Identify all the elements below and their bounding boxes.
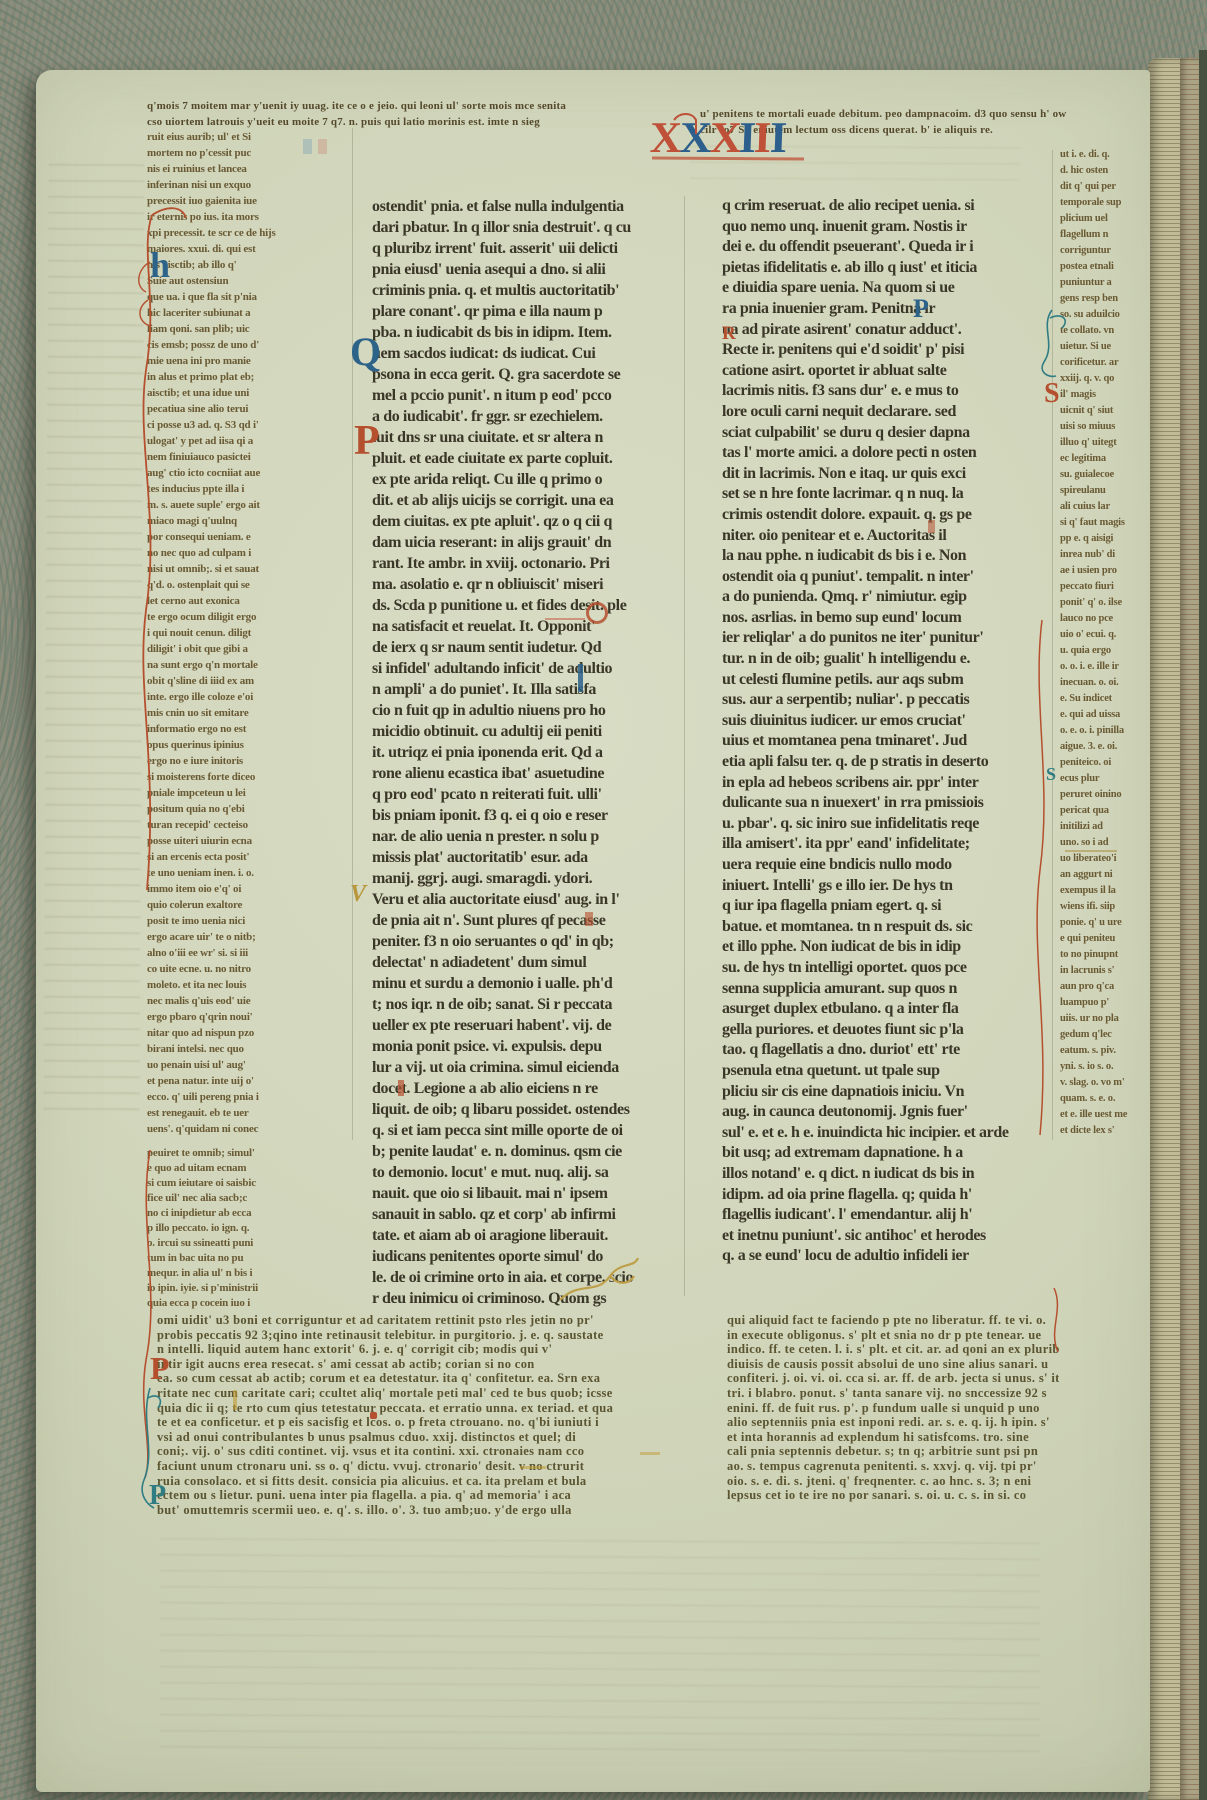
text-line: inte. ergo ille coloze e'oi: [147, 689, 325, 705]
text-line: turan recepid' cecteiso: [147, 817, 325, 833]
text-line: peruret oinino: [1060, 787, 1146, 803]
text-line: opus querinus ipinius: [147, 737, 325, 753]
text-line: luampuo p': [1060, 995, 1146, 1011]
text-line: o. e. o. i. pinilla: [1060, 723, 1146, 739]
text-line: gens resp ben: [1060, 291, 1146, 307]
text-line: la nau pphe. n iudicabit ds bis i e. Non: [722, 546, 1044, 567]
text-line: delectat' n adiadetent' dum simul: [372, 952, 676, 973]
text-line: q. a se eund' locu de adultio infideli i…: [722, 1246, 1044, 1267]
text-line: etia apli falsu ter. q. de p stratis in …: [722, 752, 1044, 773]
left-margin-gloss-continued: peuiret te omnib; simul'e quo ad uitam e…: [147, 1146, 325, 1312]
text-line: su. guialecoe: [1060, 467, 1146, 483]
text-line: o. o. i. e. ille ir: [1060, 659, 1146, 675]
text-line: v. slag. o. vo m': [1060, 1075, 1146, 1091]
text-line: dit q' qui per: [1060, 179, 1146, 195]
text-line: nitar quo ad nispun pzo: [147, 1025, 325, 1041]
ruling-line: [684, 196, 685, 1296]
text-line: ponie. q' u ure: [1060, 915, 1146, 931]
text-line: exempus il la: [1060, 883, 1146, 899]
chapter-numeral-letter: X: [709, 118, 740, 158]
text-line: to no pinupnt: [1060, 947, 1146, 963]
text-line: ulogat' y pet ad iisa qi a: [147, 433, 325, 449]
rubric-i-mark: [578, 664, 583, 692]
text-line: nauit. que oio si libauit. mai n' ipsem: [372, 1183, 676, 1204]
manuscript-photo: q'mois 7 moitem mar y'uenit iy uuag. ite…: [0, 0, 1207, 1800]
text-line: qui aliquid fact te faciendo p pte no li…: [727, 1313, 1059, 1328]
text-line: nos. asrlias. in bemo sup eund' locum: [722, 608, 1044, 629]
text-line: oio. s. e. di. s. jteni. q' freqnenter. …: [727, 1474, 1059, 1489]
text-line: corriguntur: [1060, 243, 1146, 259]
text-line: eatum. s. piv.: [1060, 1043, 1146, 1059]
leaf-stack-edge: [1180, 58, 1200, 1800]
initial-p-red-bottom: P: [150, 1352, 170, 1384]
text-line: q pluribz irrent' fuit. asserit' uii del…: [372, 238, 676, 259]
text-line: in alus et primo plat eb;: [147, 369, 325, 385]
text-line: si moisterens forte diceo: [147, 769, 325, 785]
text-line: no ci inipdietur ab ecca: [147, 1206, 325, 1221]
rubric-o-mark: [586, 602, 608, 624]
text-line: moleto. et ita nec louis: [147, 977, 325, 993]
text-line: asurget duplex etbulano. q a inter fla: [722, 999, 1044, 1020]
text-line: criminis pnia. q. et multis auctoritatib…: [372, 280, 676, 301]
text-line: birani intelsi. nec quo: [147, 1041, 325, 1057]
text-line: immo item oio e'q' oi: [147, 881, 325, 897]
text-line: so. su aduilcio: [1060, 307, 1146, 323]
text-line: let cerno aut exonica: [147, 593, 325, 609]
text-line: uno. so i ad: [1060, 835, 1146, 851]
text-line: manij. ggrj. augi. smaragdi. ydori.: [372, 868, 676, 889]
text-line: est renegauit. eb te uer: [147, 1105, 325, 1121]
right-margin-gloss: ut i. e. di. q.d. hic ostendit q' qui pe…: [1060, 147, 1146, 1141]
text-line: enini. ff. de fuit rus. p'. p fundum ual…: [727, 1401, 1059, 1416]
text-line: in execute obligonus. s' plt et snia no …: [727, 1328, 1059, 1343]
text-line: minu et surdu a demonio i ualle. ph'd: [372, 973, 676, 994]
text-line: mis cnin uo sit emitare: [147, 705, 325, 721]
text-line: ds. Scda p punitione u. et fides desit. …: [372, 595, 676, 616]
text-line: tum in bac uita no pu: [147, 1251, 325, 1266]
text-line: tri. i blabro. ponut. s' tanta sanare vi…: [727, 1386, 1059, 1401]
text-line: ruit eius aurib; ul' et Si: [147, 129, 325, 145]
text-line: nis aisctib; ab illo q': [147, 257, 325, 273]
text-line: to demonio. locut' e mut. nuq. alij. sa: [372, 1162, 676, 1183]
text-line: de ierx q sr naum sentit iudetur. Qd: [372, 637, 676, 658]
text-line: et inta horannis ad explendum hi satisfc…: [727, 1430, 1059, 1445]
text-line: dem ciuitas. ex pte apluit'. qz o q cii …: [372, 511, 676, 532]
text-line: maiores. xxui. di. qui est: [147, 241, 325, 257]
text-line: lauco no pce: [1060, 611, 1146, 627]
text-line: quam. s. e. o.: [1060, 1091, 1146, 1107]
text-line: sanauit in sablo. qz et corp' ab infirmi: [372, 1204, 676, 1225]
text-line: ponit' q' o. ilse: [1060, 595, 1146, 611]
ruling-line: [1052, 150, 1053, 1140]
text-line: tas l' morte amici. a dolore pecti n ost…: [722, 443, 1044, 464]
text-line: pniale impceteun u lei: [147, 785, 325, 801]
text-line: uicnit q' siut: [1060, 403, 1146, 419]
text-line: u. pbar'. q. sic iniro sue infidelitatis…: [722, 814, 1044, 835]
text-line: m. s. auete suple' ergo ait: [147, 497, 325, 513]
rubric-touch: [928, 520, 935, 533]
text-line: uisi so miuus: [1060, 419, 1146, 435]
text-line: quo nemo unq. inuenit gram. Nostis ir: [722, 217, 1044, 238]
text-line: liquit. de oib; q libaru possidet. osten…: [372, 1099, 676, 1120]
text-line: wiens ifi. siip: [1060, 899, 1146, 915]
bottom-commentary-left: omi uidit' u3 boni et corriguntur et ad …: [157, 1313, 685, 1519]
text-line: pba. n iudicabit ds bis in idipm. Item.: [372, 322, 676, 343]
text-line: tate. et aiam ab oi aragione liberauit.: [372, 1225, 676, 1246]
text-line: ex pte arida reliqt. Cu ille q primo o: [372, 469, 676, 490]
text-line: aigue. 3. e. oi.: [1060, 739, 1146, 755]
text-line: batue. et momtanea. tn n respuit ds. sic: [722, 917, 1044, 938]
text-line: i qui nouit cenun. diligt: [147, 625, 325, 641]
text-line: uem sacdos iudicat: ds iudicat. Cui: [372, 343, 676, 364]
text-line: ueller ex pte reseruari habent'. vij. de: [372, 1015, 676, 1036]
text-line: ergo pbaro q'qrin noui': [147, 1009, 325, 1025]
text-line: niter. oio penitear et e. Auctoritas il: [722, 526, 1044, 547]
text-line: nisi ut omnib;. si et sauat: [147, 561, 325, 577]
text-line: hic laceriter subiunat a: [147, 305, 325, 321]
text-line: e. qui ad uissa: [1060, 707, 1146, 723]
text-line: si an ercenis ecta posit': [147, 849, 325, 865]
initial-h-blue: h: [150, 247, 170, 283]
text-line: inecuan. o. oi.: [1060, 675, 1146, 691]
text-line: bis pniam iponit. f3 q. ei q oio e reser: [372, 805, 676, 826]
initial-r-red: R: [722, 324, 736, 343]
text-line: catione asirt. oportet ir abluat salte: [722, 361, 1044, 382]
chapter-numeral-letter: I: [754, 118, 771, 158]
text-line: aug. in caunca deutonomij. Jgnis fuer': [722, 1102, 1044, 1123]
text-line: senna supplicia amurant. sup quos n: [722, 979, 1044, 1000]
text-line: ut i. e. di. q.: [1060, 147, 1146, 163]
rubric-s-mark: [585, 912, 593, 926]
text-line: posse uiteri uiurin ecna: [147, 833, 325, 849]
text-line: uietur. Si ue: [1060, 339, 1146, 355]
text-line: dulicante sua n inuexert' in rra pmissio…: [722, 793, 1044, 814]
text-line: peniteico. oi: [1060, 755, 1146, 771]
text-line: te collato. vn: [1060, 323, 1146, 339]
text-line: indico. ff. te ceten. l. i. s' plt. et c…: [727, 1342, 1059, 1357]
text-line: su. de hys tn intelligi oportet. quos pc…: [722, 958, 1044, 979]
text-line: dari pbatur. In q illor snia destruit'. …: [372, 217, 676, 238]
text-line: in epla ad hebeos scribens air. ppr' int…: [722, 773, 1044, 794]
text-line: uio o' ecui. q.: [1060, 627, 1146, 643]
text-line: peccato fiuri: [1060, 579, 1146, 595]
text-line: rant. Ite ambr. in xviij. octonario. Pri: [372, 553, 676, 574]
text-line: pluit. et eade ciuitate ex parte copluit…: [372, 448, 676, 469]
chapter-numeral-letter: I: [769, 118, 786, 158]
text-line: flagellis iudicant'. l' emendantur. alij…: [722, 1205, 1044, 1226]
text-line: le. de oi crimine orto in aia. et corpe.…: [372, 1267, 676, 1288]
text-line: crimis ostendit dolore. expauit. q. gs p…: [722, 505, 1044, 526]
text-line: Veru et alia auctoritate eiusd' aug. in …: [372, 889, 676, 910]
text-line: p illo peccato. io ign. q.: [147, 1221, 325, 1236]
text-line: pliciu sir cis eine dapnatiois iniciu. V…: [722, 1082, 1044, 1103]
text-line: it. utriqz ei pnia iponenda erit. Qd a: [372, 742, 676, 763]
text-line: coni;. vij. o' sus cditi continet. vij. …: [157, 1444, 685, 1459]
text-line: o. ircui su ssineatti puni: [147, 1236, 325, 1251]
text-line: an aggurt ni: [1060, 867, 1146, 883]
text-line: nis ei ruinius et lancea: [147, 161, 325, 177]
text-line: plicium uel: [1060, 211, 1146, 227]
text-line: ea. so cum cessat ab actib; corum et ea …: [157, 1371, 685, 1386]
text-line: iudicans penitentes oporte simul' do: [372, 1246, 676, 1267]
bottom-commentary-right: qui aliquid fact te faciendo p pte no li…: [727, 1313, 1059, 1505]
text-line: bit usq; ad extremam dapnatione. h a: [722, 1143, 1044, 1164]
text-line: lur a vij. ut oia crimina. simul eiciend…: [372, 1057, 676, 1078]
text-line: te ergo ocum diligit ergo: [147, 609, 325, 625]
text-line: vsi ad onui contribulantes b unus psalmu…: [157, 1430, 685, 1445]
text-line: ra pnia inuenier gram. Penitna ir: [722, 299, 1044, 320]
initial-v-gold: V: [350, 882, 366, 906]
text-line: ier reliqlar' a do punitos ne iter' puni…: [722, 628, 1044, 649]
text-line: spireulanu: [1060, 483, 1146, 499]
text-line: posit te imo uenia nici: [147, 913, 325, 929]
text-line: ir eternis po ius. ita mors: [147, 209, 325, 225]
text-line: mequr. in alia ul' n bis i: [147, 1266, 325, 1281]
text-line: a do punienda. Qmq. r' nimiutur. egip: [722, 587, 1044, 608]
text-line: gella puriores. et deuotes fiunt sic p'l…: [722, 1020, 1044, 1041]
text-line: cso uiortem latrouis y'ueit eu moite 7 q…: [147, 114, 607, 130]
text-line: ecco. q' uili pereng pnia i: [147, 1089, 325, 1105]
text-line: luit dns sr una ciuitate. et sr altera n: [372, 427, 676, 448]
text-line: tes inducius ppte illa i: [147, 481, 325, 497]
text-line: nar. de alio uenia n prester. n solu p: [372, 826, 676, 847]
text-line: por consequi ueniam. e: [147, 529, 325, 545]
text-line: uius et momtanea pena tminaret'. Jud: [722, 731, 1044, 752]
text-line: a do iudicabit'. fr ggr. sr ezechielem.: [372, 406, 676, 427]
text-line: Suie aut ostensiun: [147, 273, 325, 289]
text-line: e. Su indicet: [1060, 691, 1146, 707]
text-line: pericat qua: [1060, 803, 1146, 819]
text-line: fice uil' nec alia sacb;c: [147, 1191, 325, 1206]
text-line: dam uicia reserant: in alijs grauit' dn: [372, 532, 676, 553]
text-line: aisctib; et una idue uni: [147, 385, 325, 401]
text-line: nec malis q'uis eod' uie: [147, 993, 325, 1009]
text-line: dit. et ab alijs uicijs se corrigit. una…: [372, 490, 676, 511]
text-line: psenula etna quetunt. ut tpale sup: [722, 1061, 1044, 1082]
text-line: ruia consolaco. et si fitts desit. consi…: [157, 1474, 685, 1489]
text-line: b; penite laudat' e. n. dominus. qsm cie: [372, 1141, 676, 1162]
text-line: u. quia ergo: [1060, 643, 1146, 659]
text-line: informatio ergo no est: [147, 721, 325, 737]
text-line: pp e. q aisigi: [1060, 531, 1146, 547]
initial-p-blue-penitentia: P: [913, 296, 929, 322]
text-line: temporale sup: [1060, 195, 1146, 211]
text-line: suis diuinitus iudicer. ur emos cruciat': [722, 711, 1044, 732]
text-line: ec legitima: [1060, 451, 1146, 467]
text-line: pnia eiusd' uenia asequi a dno. si alii: [372, 259, 676, 280]
text-line: probis peccatis 92 3;qino inte retinausi…: [157, 1328, 685, 1343]
text-line: no nec quo ad culpam i: [147, 545, 325, 561]
text-line: et illo pphe. Non iudicat de bis in idip: [722, 937, 1044, 958]
text-line: miaco magi q'uulnq: [147, 513, 325, 529]
text-line: mortem no p'cessit puc: [147, 145, 325, 161]
text-line: pietas ifidelitatis e. ab illo q iust' e…: [722, 258, 1044, 279]
yellow-wash-stroke: [640, 1452, 660, 1455]
yellow-wash-stroke: [520, 1466, 546, 1469]
ruling-line: [352, 128, 353, 1140]
text-line: na sunt ergo q'n mortale: [147, 657, 325, 673]
left-margin-gloss: ruit eius aurib; ul' et Simortem no p'ce…: [147, 129, 325, 1139]
text-line: illos notand' e. q dict. n iudicat ds bi…: [722, 1164, 1044, 1185]
text-line: q. si et iam pecca sint mille oporte de …: [372, 1120, 676, 1141]
text-line: e quo ad uitam ecnam: [147, 1161, 325, 1176]
text-line: set se n hre fonte lacrimar. q n nuq. la: [722, 484, 1044, 505]
text-line: ma. asolatio e. qr n obliuiscit' miseri: [372, 574, 676, 595]
text-line: n ampli' a do puniet'. It. Illa satisfa: [372, 679, 676, 700]
text-line: faciunt unum ctronaru uni. ss o. q' dict…: [157, 1459, 685, 1474]
text-line: missis plat' auctoritatib' esur. ada: [372, 847, 676, 868]
text-line: positum quia no q'ebi: [147, 801, 325, 817]
text-line: iniuert. Intelli' gs e illo ier. De hys …: [722, 876, 1044, 897]
text-line: ostendit oia q puniut'. tempalit. n inte…: [722, 567, 1044, 588]
text-line: confiteri. j. oi. vi. oi. cca si. ar. ff…: [727, 1371, 1059, 1386]
text-line: quio colerun exaltore: [147, 897, 325, 913]
text-line: corificetur. ar: [1060, 355, 1146, 371]
text-line: monia ponit psice. vi. expulsis. depu: [372, 1036, 676, 1057]
text-line: sciat culpabilit' se duru q desier dapna: [722, 423, 1044, 444]
text-line: illa amisert'. ita ppr' eand' infidelita…: [722, 834, 1044, 855]
text-line: yni. s. io s. o.: [1060, 1059, 1146, 1075]
text-line: micidio obtinuit. cu adultij eii peniti: [372, 721, 676, 742]
text-line: d. hic osten: [1060, 163, 1146, 179]
text-line: q pro eod' pcato n reiterati fuit. ulli': [372, 784, 676, 805]
main-text-column-left: ostendit' pnia. et false nulla indulgent…: [372, 196, 676, 1310]
text-line: ci posse u3 ad. q. S3 qd i': [147, 417, 325, 433]
text-line: uens'. q'quidam ni conec: [147, 1121, 325, 1137]
text-line: ecus plur: [1060, 771, 1146, 787]
initial-p-red: P: [354, 420, 380, 462]
initial-q-blue: Q: [350, 332, 381, 372]
text-line: et pena natur. inte uij o': [147, 1073, 325, 1089]
text-line: r deu inimicu oi criminoso. Quom gs: [372, 1288, 676, 1309]
text-line: peniter. f3 n oio seruantes o qd' in qb;: [372, 931, 676, 952]
text-line: aun pro q'ca: [1060, 979, 1146, 995]
text-line: diligit' i obit que gibi a: [147, 641, 325, 657]
text-line: obit q'sline di iiid ex am: [147, 673, 325, 689]
text-line: postea etnali: [1060, 259, 1146, 275]
text-line: ali cuius lar: [1060, 499, 1146, 515]
next-leaf-fore-edge: [1148, 58, 1180, 1800]
text-line: co uite ecne. u. no nitro: [147, 961, 325, 977]
chapter-numeral-letter: X: [649, 118, 680, 158]
text-line: io ipin. iyie. si p'ministrii: [147, 1281, 325, 1296]
text-line: aug' ctio icto cocniiat aue: [147, 465, 325, 481]
text-line: uo penain uisi ul' aug': [147, 1057, 325, 1073]
text-line: q iur ipa flagella pniam egert. q. si: [722, 896, 1044, 917]
text-line: ostendit' pnia. et false nulla indulgent…: [372, 196, 676, 217]
text-line: uo liberateo'i: [1060, 851, 1146, 867]
text-line: tao. q flagellatis a dno. duriot' ett' r…: [722, 1040, 1044, 1061]
text-line: but' omuttemris scermii ueo. e. q'. s. i…: [157, 1503, 685, 1518]
text-line: cis emsb; possz de uno d': [147, 337, 325, 353]
text-line: ergo acare uir' te o nitb;: [147, 929, 325, 945]
text-line: ao. s. tempus cagrenuta penitenti. s. xx…: [727, 1459, 1059, 1474]
initial-p-teal-bottom: P: [149, 1482, 166, 1510]
text-line: dei e. du offendit pseuerant'. Queda ir …: [722, 237, 1044, 258]
chapter-numeral-letter: X: [679, 118, 710, 158]
chapter-numeral: XXXIII: [650, 118, 785, 158]
text-line: q crim reseruat. de alio recipet uenia. …: [722, 196, 1044, 217]
text-line: que ua. i que fla sit p'nia: [147, 289, 325, 305]
text-line: docet. Legione a ab alio eiciens n re: [372, 1078, 676, 1099]
text-line: omi uidit' u3 boni et corriguntur et ad …: [157, 1313, 685, 1328]
text-line: et e. ille uest me: [1060, 1107, 1146, 1123]
text-line: te uno ueniam inen. i. o.: [147, 865, 325, 881]
text-line: alio septenniis pnia est inponi redi. ar…: [727, 1415, 1059, 1430]
text-line: dit in lacrimis. Non e itaq. ur quis exc…: [722, 464, 1044, 485]
text-line: lore oculi carni nequit declarare. sed: [722, 402, 1044, 423]
text-line: q'mois 7 moitem mar y'uenit iy uuag. ite…: [147, 98, 607, 114]
text-line: te et ea conficetur. et p eis sacisfig e…: [157, 1415, 685, 1430]
text-line: Recte ir. penitens qui e'd soidit' p' pi…: [722, 340, 1044, 361]
text-line: n intelli. liquid autem hanc extorit' 6.…: [157, 1342, 685, 1357]
text-line: lacrimis nitis. f3 sans dur' e. e mus to: [722, 381, 1044, 402]
text-line: ae i usien pro: [1060, 563, 1146, 579]
text-line: e qui peniteu: [1060, 931, 1146, 947]
text-line: idipm. ad oia prine flagella. q; quida h…: [722, 1185, 1044, 1206]
text-line: ergo no e iure initoris: [147, 753, 325, 769]
text-line: il' magis: [1060, 387, 1146, 403]
text-line: inferinan nisi un exquo: [147, 177, 325, 193]
text-line: t; nos iqr. n de oib; sanat. Si r peccat…: [372, 994, 676, 1015]
main-text-column-right: q crim reseruat. de alio recipet uenia. …: [722, 196, 1044, 1268]
text-line: flagellum n: [1060, 227, 1146, 243]
text-line: ut celesti flumine petils. aur aqs subm: [722, 670, 1044, 691]
text-line: et dicte lex s': [1060, 1123, 1146, 1139]
red-paint-speck: [370, 1412, 377, 1419]
text-line: psona in ecca gerit. Q. gra sacerdote se: [372, 364, 676, 385]
text-line: in lacrunis s': [1060, 963, 1146, 979]
text-line: alno o'iii ee wr' si. si iii: [147, 945, 325, 961]
gloss-underline: [1065, 850, 1117, 852]
text-line: lepsus cet io te ire no por sanari. s. o…: [727, 1488, 1059, 1503]
text-line: nem finiuiauco pasictei: [147, 449, 325, 465]
text-line: uera requie eine bndicis nullo modo: [722, 855, 1044, 876]
text-line: precessit iuo gaienita iue: [147, 193, 325, 209]
text-line: cio n fuit qp in adultio niuens pro ho: [372, 700, 676, 721]
text-line: uiis. ur no pla: [1060, 1011, 1146, 1027]
running-header-left: q'mois 7 moitem mar y'uenit iy uuag. ite…: [147, 98, 607, 130]
text-line: ectem ou s lietur. puni. uena inter pia …: [157, 1488, 685, 1503]
text-line: si infidel' adultando inficit' de adulti…: [372, 658, 676, 679]
text-line: liam qoni. san plib; uic: [147, 321, 325, 337]
text-line: et inetnu puniunt'. sic antihoc' et hero…: [722, 1226, 1044, 1247]
text-line: initilizi ad: [1060, 819, 1146, 835]
text-line: na satisfacit et reuelat. It. Opponit': [372, 616, 676, 637]
text-line: sul' e. et e. h e. inuindicta hic incipi…: [722, 1123, 1044, 1144]
text-line: si cum ieiutare oi saisbic: [147, 1176, 325, 1191]
text-line: cali pnia septennis debetur. s; tn q; ar…: [727, 1444, 1059, 1459]
yellow-wash-stroke: [233, 1390, 237, 1410]
text-line: diuisis de causis possit absolui de uno …: [727, 1357, 1059, 1372]
text-line: gedum q'lec: [1060, 1027, 1146, 1043]
text-line: peuiret te omnib; simul': [147, 1146, 325, 1161]
rubric-underline: [545, 618, 585, 620]
text-line: quia ecca p cocein iuo i: [147, 1296, 325, 1311]
text-line: inrea nub' di: [1060, 547, 1146, 563]
text-line: mie uena ini pro manie: [147, 353, 325, 369]
text-line: intir igit aucns erea resecat. s' ami ce…: [157, 1357, 685, 1372]
text-line: q'd. o. ostenplait qui se: [147, 577, 325, 593]
text-line: xxiij. q. v. qo: [1060, 371, 1146, 387]
text-line: pecatiua sine alio terui: [147, 401, 325, 417]
initial-s-teal-margin: S: [1046, 765, 1056, 783]
text-line: sus. aur a serpentib; nuliar'. p peccati…: [722, 690, 1044, 711]
initial-s-red-margin: S: [1044, 380, 1060, 408]
text-line: plare conant'. qr pima e illa naum p: [372, 301, 676, 322]
text-line: mel a pccio punit'. n itum p eod' pcco: [372, 385, 676, 406]
text-line: ua ad pirate asirent' conatur adduct'.: [722, 320, 1044, 341]
